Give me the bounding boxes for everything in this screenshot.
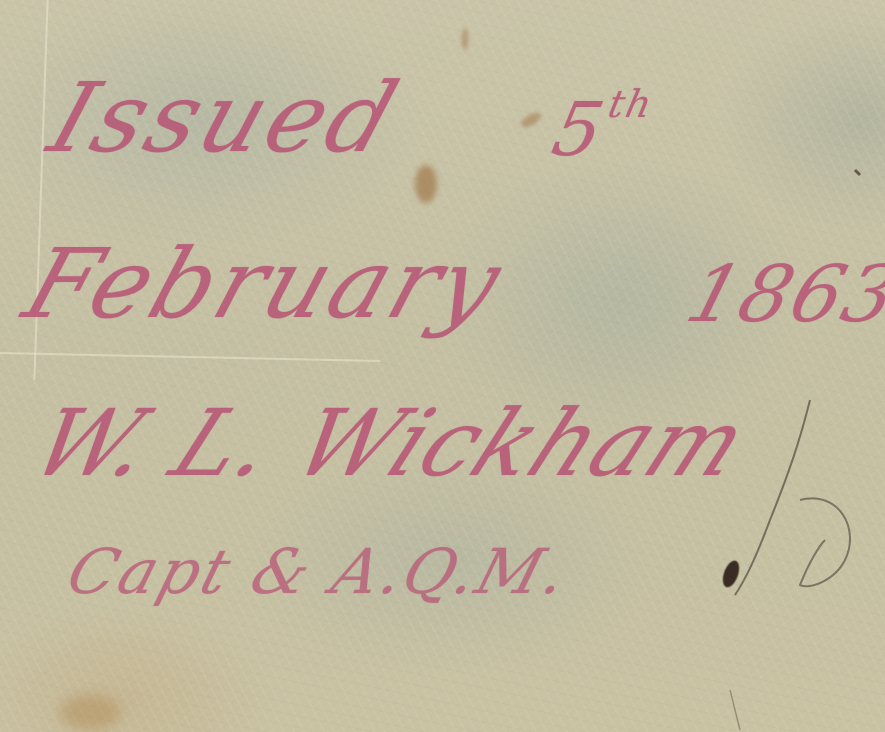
document-paper: Issued 5th February 1863 W. L. Wickham C… (0, 0, 885, 732)
handwritten-rank-title: Capt & A.Q.M. (60, 535, 579, 608)
rust-stain (415, 165, 437, 203)
handwritten-month: February (12, 228, 517, 340)
handwritten-year: 1863 (677, 250, 885, 340)
handwritten-issued: Issued (37, 62, 414, 174)
day-suffix: th (604, 82, 657, 126)
water-stain (60, 695, 120, 730)
rust-stain (462, 28, 468, 50)
handwritten-day: 5th (545, 82, 657, 173)
handwritten-signature: W. L. Wickham (16, 390, 764, 497)
